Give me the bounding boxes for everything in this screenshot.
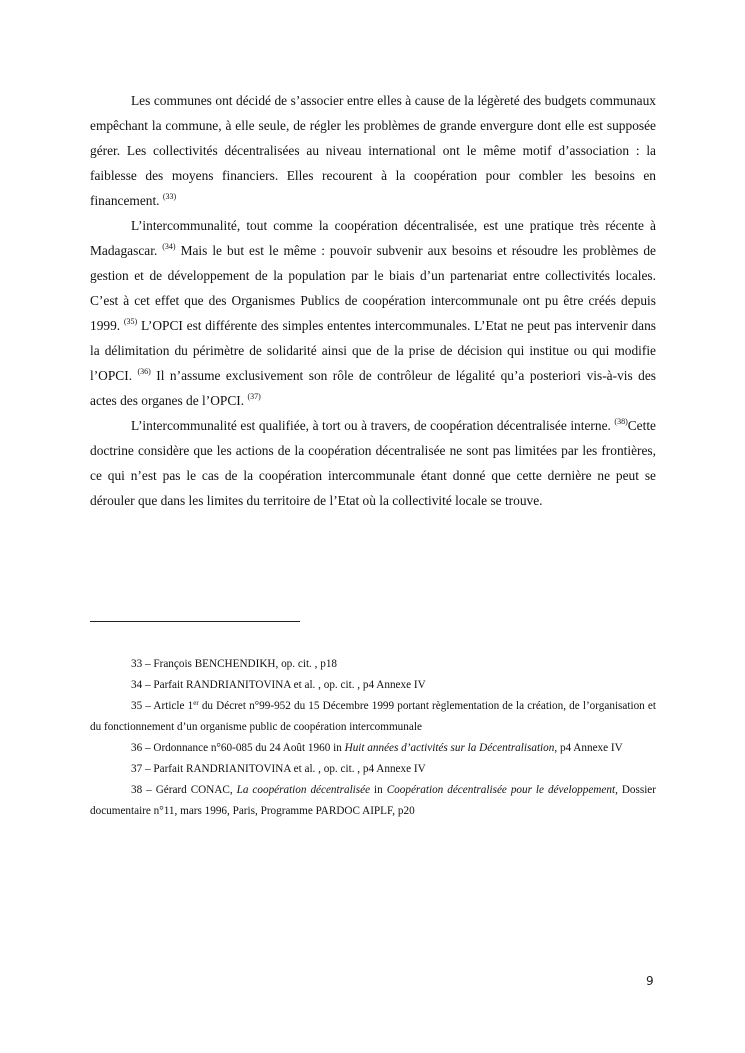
- page-number: 9: [646, 974, 654, 988]
- footnote-ref-35[interactable]: (35): [124, 317, 137, 326]
- paragraph-text: L’intercommunalité est qualifiée, à tort…: [131, 418, 614, 433]
- body-text: Les communes ont décidé de s’associer en…: [90, 88, 656, 513]
- footnote-text: 36 – Ordonnance n°60-085 du 24 Août 1960…: [131, 742, 345, 754]
- footnote-title: Coopération décentralisée pour le dévelo…: [387, 784, 615, 796]
- footnote-title: La coopération décentralisée: [237, 784, 370, 796]
- footnote-37: 37 – Parfait RANDRIANITOVINA et al. , op…: [90, 759, 656, 780]
- footnote-ref-37[interactable]: (37): [247, 392, 260, 401]
- paragraph-3: L’intercommunalité est qualifiée, à tort…: [90, 413, 656, 513]
- paragraph-text: Les communes ont décidé de s’associer en…: [90, 93, 656, 208]
- footnote-text: 35 – Article 1: [131, 700, 193, 712]
- footnote-ref-33[interactable]: (33): [163, 192, 176, 201]
- footnote-36: 36 – Ordonnance n°60-085 du 24 Août 1960…: [90, 738, 656, 759]
- footnote-text: 38 – Gérard CONAC,: [131, 784, 237, 796]
- paragraph-1: Les communes ont décidé de s’associer en…: [90, 88, 656, 213]
- footnote-38: 38 – Gérard CONAC, La coopération décent…: [90, 780, 656, 822]
- document-page: Les communes ont décidé de s’associer en…: [0, 0, 745, 1053]
- paragraph-text: Il n’assume exclusivement son rôle de co…: [90, 368, 656, 408]
- footnote-ref-38[interactable]: (38): [614, 417, 627, 426]
- footnote-33: 33 – François BENCHENDIKH, op. cit. , p1…: [90, 654, 656, 675]
- footnote-separator: [90, 621, 300, 622]
- paragraph-2: L’intercommunalité, tout comme la coopér…: [90, 213, 656, 413]
- footnote-ref-36[interactable]: (36): [138, 367, 151, 376]
- footnote-34: 34 – Parfait RANDRIANITOVINA et al. , op…: [90, 675, 656, 696]
- footnotes: 33 – François BENCHENDIKH, op. cit. , p1…: [90, 654, 656, 822]
- footnote-text: , p4 Annexe IV: [554, 742, 622, 754]
- footnote-35: 35 – Article 1er du Décret n°99-952 du 1…: [90, 696, 656, 738]
- footnote-ref-34[interactable]: (34): [162, 242, 175, 251]
- footnote-text: in: [370, 784, 387, 796]
- footnote-title: Huit années d’activités sur la Décentral…: [345, 742, 555, 754]
